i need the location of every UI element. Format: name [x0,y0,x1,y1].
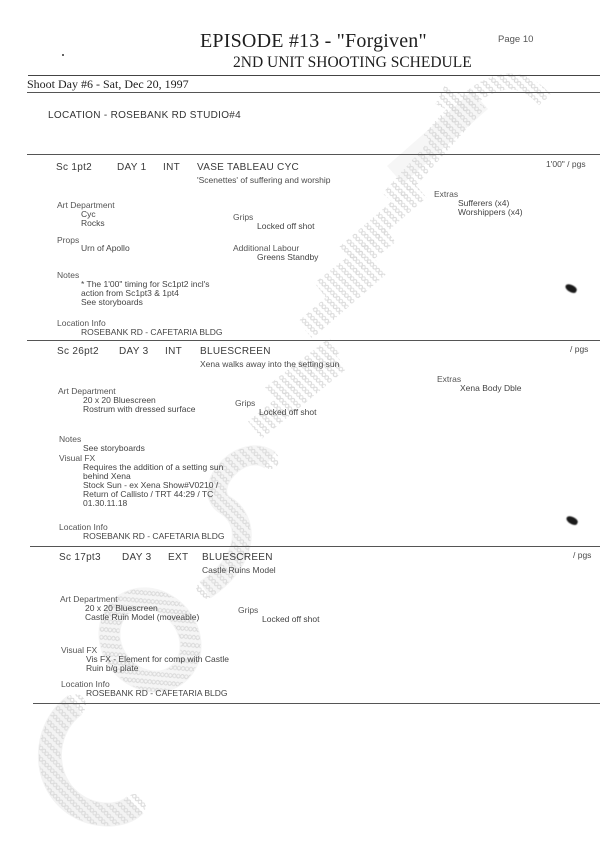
location-info-value: ROSEBANK RD - CAFETARIA BLDG [81,327,223,337]
notes-label: Notes [57,270,79,280]
ink-blot [565,515,579,526]
scene-int-ext: INT [165,346,182,357]
scene-divider [30,546,600,547]
scene-number: Sc 26pt2 [57,346,99,357]
scene-int-ext: INT [163,162,180,173]
art-item: Rocks [81,218,105,228]
scene-day: DAY 3 [122,552,151,563]
scene-description: Xena walks away into the setting sun [200,359,339,369]
vfx-line: 01.30.11.18 [83,498,127,508]
scene-divider [27,154,600,155]
notes-line: See storyboards [81,297,143,307]
grips-item: Locked off shot [257,221,315,231]
labour-item: Greens Standby [257,252,318,262]
document-title: EPISODE #13 - "Forgiven" [200,30,427,53]
scene-description: 'Scenettes' of suffering and worship [197,175,331,185]
notes-label: Notes [59,434,81,444]
grips-item: Locked off shot [259,407,317,417]
location-info-value: ROSEBANK RD - CAFETARIA BLDG [83,531,225,541]
props-item: Urn of Apollo [81,243,130,253]
grips-item: Locked off shot [262,614,320,624]
scene-int-ext: EXT [168,552,188,563]
ink-blot [564,283,578,294]
vfx-line: Ruin b/g plate [86,663,138,673]
grips-label: Grips [233,212,253,222]
scene-set: BLUESCREEN [200,346,271,357]
extras-item: Xena Body Dble [460,383,521,393]
page-number: Page 10 [498,34,533,45]
scene-day: DAY 1 [117,162,146,173]
notes-line: See storyboards [83,443,145,453]
scene-divider [27,340,600,341]
scene-day: DAY 3 [119,346,148,357]
scene-length: / pgs [570,344,588,354]
shoot-day: Shoot Day #6 - Sat, Dec 20, 1997 [27,77,189,92]
location-info-value: ROSEBANK RD - CAFETARIA BLDG [86,688,228,698]
extras-label: Extras [434,189,458,199]
document-subtitle: 2ND UNIT SHOOTING SCHEDULE [233,54,472,72]
stray-dot [62,54,64,56]
scene-length: / pgs [573,550,591,560]
scene-description: Castle Ruins Model [202,565,276,575]
scene-length: 1'00" / pgs [546,159,586,169]
grips-label: Grips [238,605,258,615]
extras-label: Extras [437,374,461,384]
shoot-day-rule [27,92,600,93]
location-heading: LOCATION - ROSEBANK RD STUDIO#4 [48,110,241,121]
scene-number: Sc 1pt2 [56,162,92,173]
scene-number: Sc 17pt3 [59,552,101,563]
watermark [0,0,600,862]
props-label: Props [57,235,79,245]
art-item: Rostrum with dressed surface [83,404,195,414]
scene-divider [33,703,600,704]
scene-set: BLUESCREEN [202,552,273,563]
header-rule [28,75,600,76]
watermark-letter-c [50,705,135,815]
grips-label: Grips [235,398,255,408]
scene-set: VASE TABLEAU CYC [197,162,299,173]
extras-item: Worshippers (x4) [458,207,523,217]
art-item: Castle Ruin Model (moveable) [85,612,199,622]
